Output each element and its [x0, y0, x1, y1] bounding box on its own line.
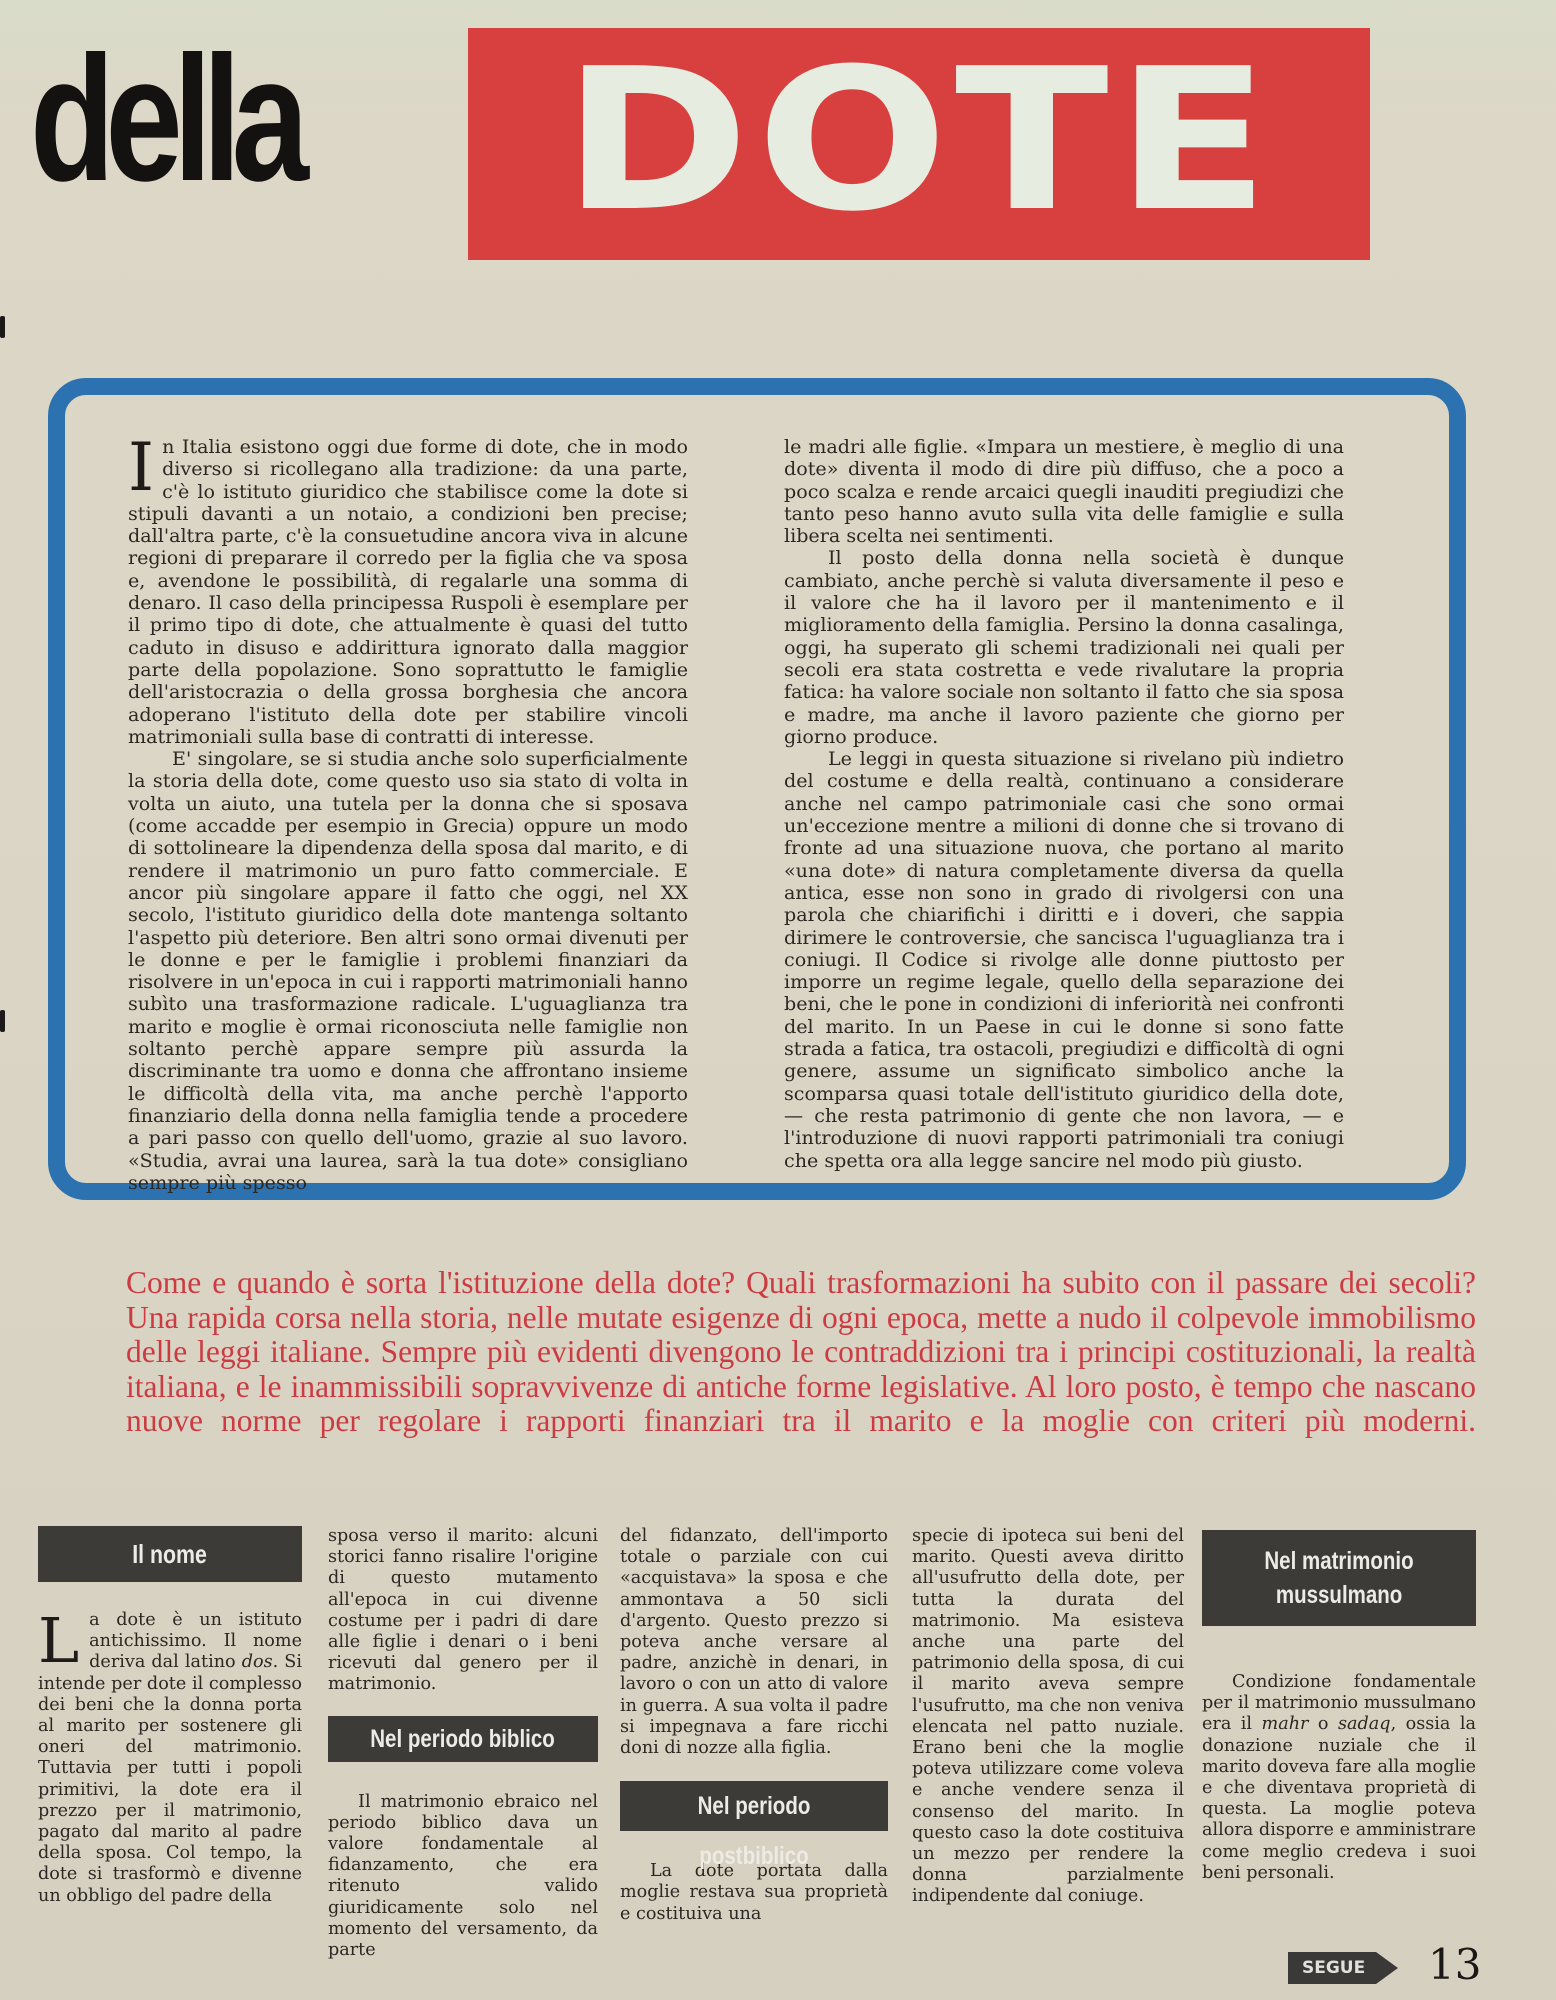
- edge-mark: [0, 1010, 5, 1032]
- intro-paragraph: Le leggi in questa situazione si rivelan…: [784, 748, 1344, 1172]
- section-text: Il matrimonio ebraico nel periodo biblic…: [328, 1792, 598, 1962]
- column-3: del fidanzato, dell'importo totale o par…: [620, 1526, 888, 1925]
- section-text: specie di ipoteca sui beni del marito. Q…: [912, 1526, 1184, 1908]
- section-heading-biblico: Nel periodo biblico: [328, 1716, 598, 1762]
- dropcap: I: [128, 440, 154, 496]
- column-il-nome: Il nome La dote è un istituto antichissi…: [38, 1526, 302, 1907]
- column-mussulmano: Nel matrimonio mussulmano Condizione fon…: [1202, 1530, 1476, 1884]
- intro-paragraph: E' singolare, se si studia anche solo su…: [128, 748, 688, 1194]
- column-4: specie di ipoteca sui beni del marito. Q…: [912, 1526, 1184, 1908]
- section-heading-postbiblico: Nel periodo postbiblico: [620, 1781, 888, 1831]
- section-text: sposa verso il marito: alcuni storici fa…: [328, 1526, 598, 1696]
- standfirst: Come e quando è sorta l'istituzione dell…: [126, 1266, 1476, 1439]
- headline-box: DOTE: [468, 28, 1370, 260]
- intro-paragraph: Il posto della donna nella società è dun…: [784, 547, 1344, 748]
- intro-paragraph: In Italia esistono oggi due forme di dot…: [128, 436, 688, 748]
- page-number: 13: [1428, 1944, 1481, 1986]
- section-text: Condizione fondamentale per il matrimoni…: [1202, 1672, 1476, 1884]
- dropcap: L: [38, 1614, 79, 1668]
- intro-paragraph: le madri alle figlie. «Impara un mestier…: [784, 436, 1344, 547]
- intro-column-2: le madri alle figlie. «Impara un mestier…: [784, 436, 1344, 1172]
- headline-prefix: della: [30, 30, 300, 208]
- section-text: La dote è un istituto antichissimo. Il n…: [38, 1610, 302, 1907]
- headline-main: DOTE: [562, 43, 1276, 239]
- section-heading-il-nome: Il nome: [38, 1526, 302, 1582]
- section-heading-mussulmano: Nel matrimonio mussulmano: [1202, 1530, 1476, 1626]
- edge-mark: [0, 316, 5, 338]
- segue-label: SEGUE: [1302, 1958, 1365, 1978]
- column-2: sposa verso il marito: alcuni storici fa…: [328, 1526, 598, 1961]
- segue-continue-tag[interactable]: SEGUE: [1288, 1952, 1398, 1984]
- section-text: del fidanzato, dell'importo totale o par…: [620, 1526, 888, 1759]
- intro-text: n Italia esistono oggi due forme di dote…: [128, 435, 688, 748]
- intro-column-1: In Italia esistono oggi due forme di dot…: [128, 436, 688, 1194]
